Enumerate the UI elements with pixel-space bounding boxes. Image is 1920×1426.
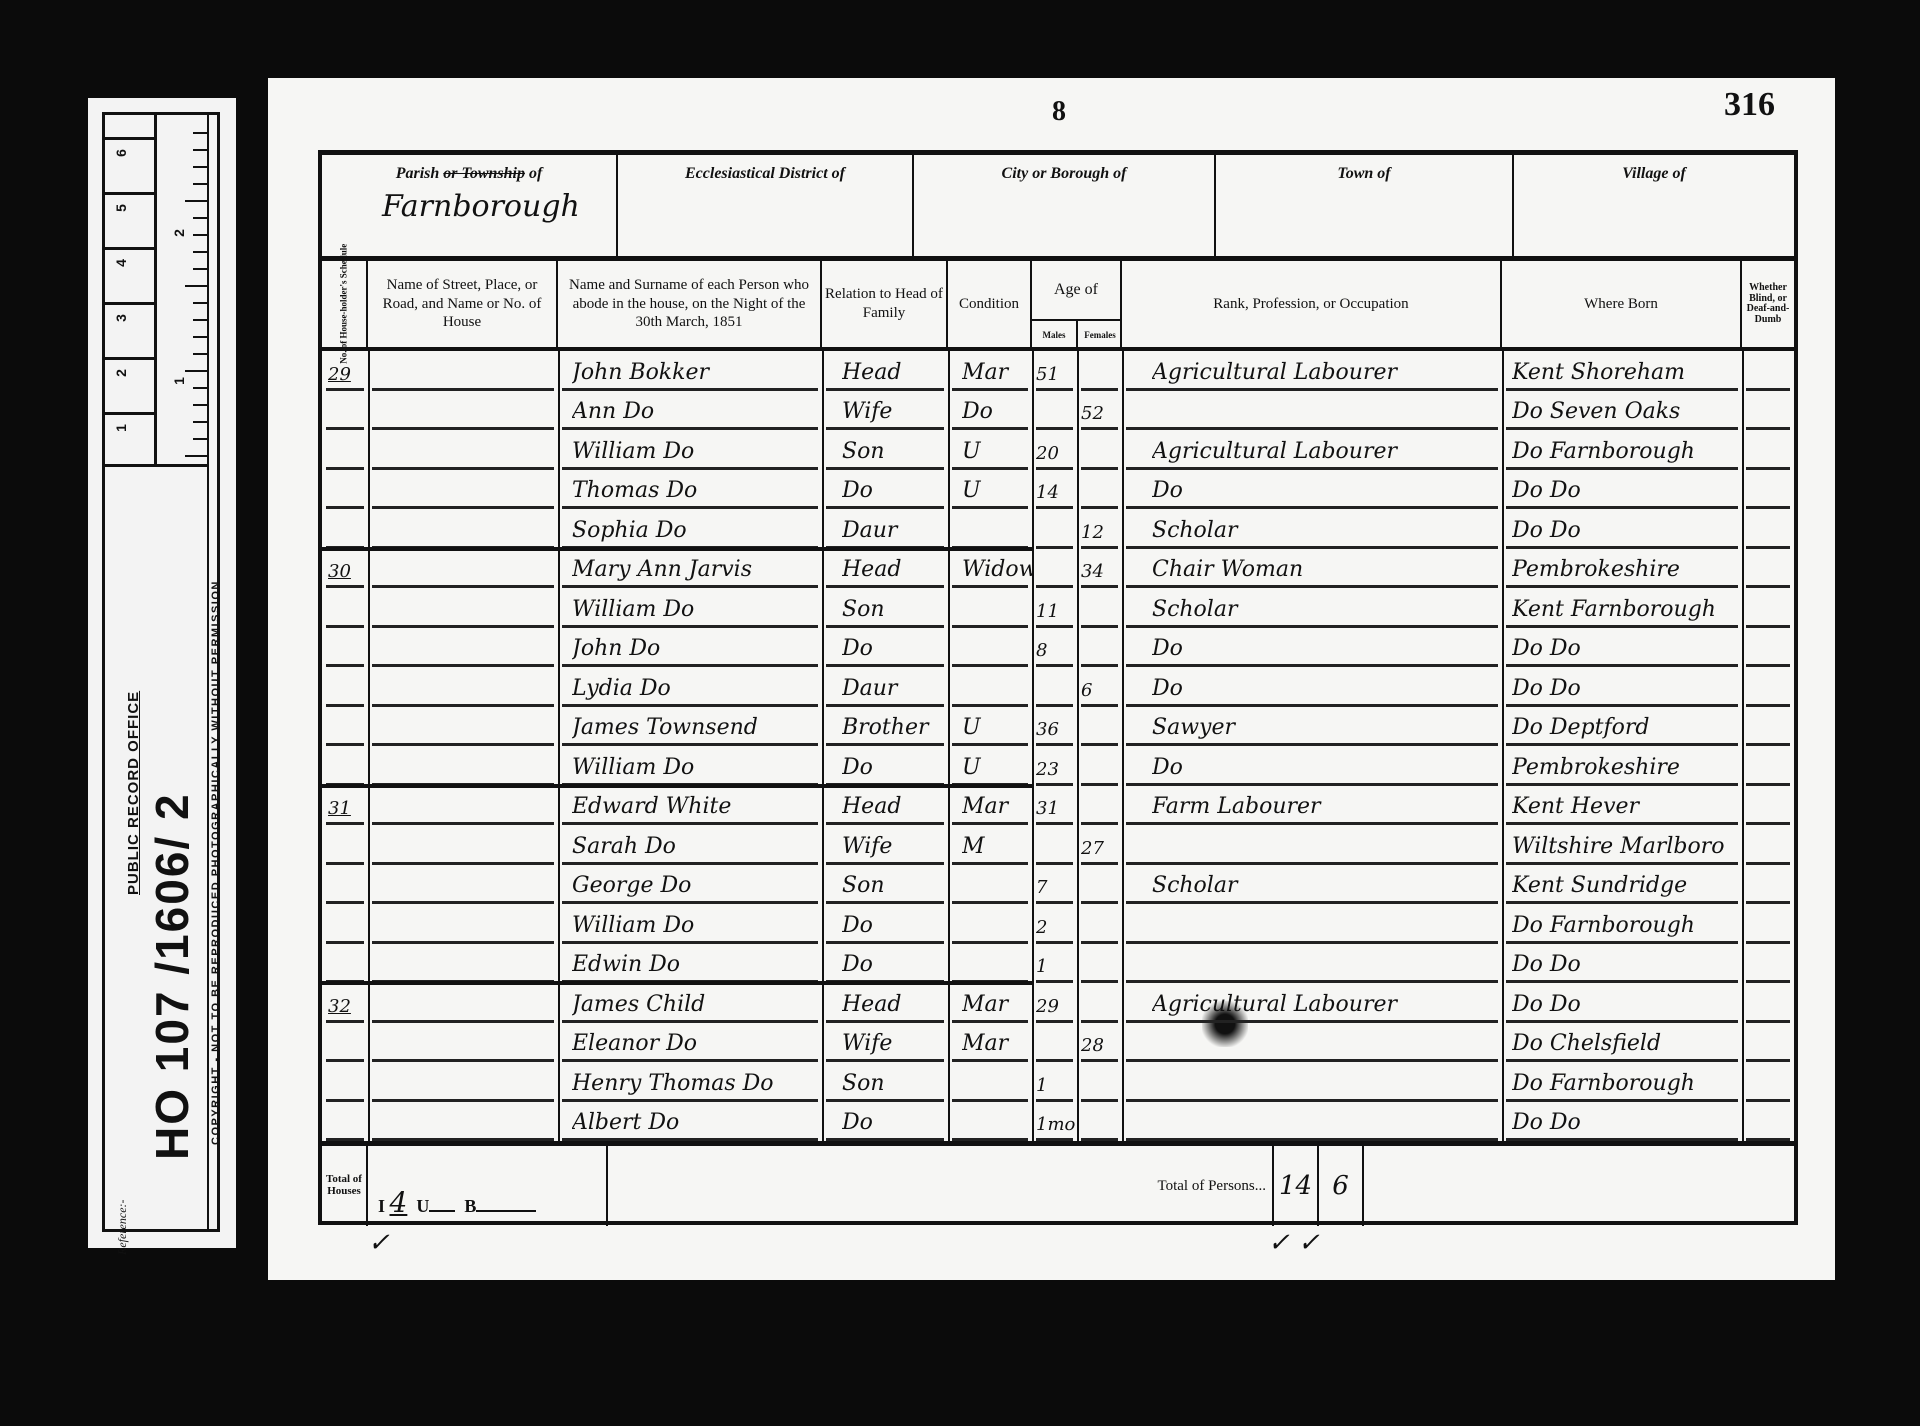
parish-of: of — [529, 165, 542, 182]
cell-born: Wiltshire Marlboro — [1512, 825, 1742, 865]
cell-condition: U — [962, 707, 1032, 747]
cell-male: 8 — [1036, 628, 1077, 668]
inhabited-prefix: I — [378, 1196, 385, 1216]
cell-relation: Do — [842, 470, 948, 510]
cell-male: 1 — [1036, 944, 1077, 984]
age-label: Age of — [1032, 261, 1120, 321]
scale-tick — [193, 438, 207, 440]
cell-schedule — [328, 588, 368, 628]
cell-female — [1081, 1102, 1122, 1142]
cell-born: Kent Farnborough — [1512, 588, 1742, 628]
scale-tick — [193, 421, 207, 423]
table-row: William DoSonU20Agricultural LabourerDo … — [322, 430, 1794, 470]
scale-number: 2 — [113, 369, 129, 377]
town-label: Town of — [1216, 165, 1512, 183]
scale-number: 5 — [113, 204, 129, 212]
cell-name: James Child — [572, 983, 822, 1023]
cell-relation: Son — [842, 588, 948, 628]
cell-schedule — [328, 944, 368, 984]
table-row: John DoDo8DoDo Do — [322, 628, 1794, 668]
col-males: Males — [1032, 319, 1078, 351]
cell-male: 51 — [1036, 351, 1077, 391]
cell-schedule: 29 — [328, 351, 368, 391]
cell-female — [1081, 430, 1122, 470]
cell-male: 7 — [1036, 865, 1077, 905]
cell-condition — [962, 865, 1032, 905]
cell-born: Do Do — [1512, 944, 1742, 984]
cell-male — [1036, 549, 1077, 589]
cell-relation: Brother — [842, 707, 948, 747]
cell-relation: Do — [842, 944, 948, 984]
cell-relation: Son — [842, 865, 948, 905]
census-form: Parish or Township of Farnborough Eccles… — [318, 150, 1798, 1225]
cell-female — [1081, 944, 1122, 984]
parish-cell: Parish or Township of Farnborough — [322, 155, 618, 256]
cell-born: Do Farnborough — [1512, 904, 1742, 944]
location-header: Parish or Township of Farnborough Eccles… — [322, 155, 1794, 261]
cell-occupation — [1152, 391, 1502, 431]
cell-condition — [962, 588, 1032, 628]
cell-male: 36 — [1036, 707, 1077, 747]
table-row: William DoDo2Do Farnborough — [322, 904, 1794, 944]
cell-name: Albert Do — [572, 1102, 822, 1142]
cell-female — [1081, 470, 1122, 510]
cell-schedule — [328, 1023, 368, 1063]
parish-label: Parish — [396, 165, 440, 182]
cell-male: 20 — [1036, 430, 1077, 470]
scale-number: 1 — [113, 424, 129, 432]
scale-division — [105, 412, 154, 415]
reference-code: HO 107 /1606/ 2 — [145, 792, 199, 1160]
cell-male: 23 — [1036, 746, 1077, 786]
cell-male — [1036, 1023, 1077, 1063]
uninhabited-prefix: U — [416, 1196, 429, 1216]
cell-name: John Do — [572, 628, 822, 668]
cell-name: Edwin Do — [572, 944, 822, 984]
cell-born: Do Do — [1512, 667, 1742, 707]
cell-condition — [962, 1102, 1032, 1142]
table-row: 31Edward WhiteHeadMar31Farm LabourerKent… — [322, 786, 1794, 826]
table-row: William DoDoU23DoPembrokeshire — [322, 746, 1794, 786]
cell-schedule — [328, 628, 368, 668]
cell-occupation: Chair Woman — [1152, 549, 1502, 589]
centimetre-scale: 123456 — [105, 115, 157, 467]
cell-name: John Bokker — [572, 351, 822, 391]
cell-relation: Daur — [842, 509, 948, 549]
cell-female: 27 — [1081, 825, 1122, 865]
scale-tick — [193, 353, 207, 355]
village-cell: Village of — [1514, 155, 1794, 256]
cell-condition — [962, 944, 1032, 984]
table-row: Ann DoWifeDo52Do Seven Oaks — [322, 391, 1794, 431]
cell-schedule — [328, 470, 368, 510]
cell-schedule — [328, 1062, 368, 1102]
cell-schedule — [328, 904, 368, 944]
cell-female — [1081, 588, 1122, 628]
cell-occupation — [1152, 1102, 1502, 1142]
building-blank — [476, 1210, 536, 1212]
table-row: 30Mary Ann JarvisHeadWidow34Chair WomanP… — [322, 549, 1794, 589]
cell-name: William Do — [572, 904, 822, 944]
total-persons-label: Total of Persons... — [608, 1146, 1274, 1226]
cell-born: Do Deptford — [1512, 707, 1742, 747]
table-row: Sophia DoDaur12ScholarDo Do — [322, 509, 1794, 549]
cell-occupation: Agricultural Labourer — [1152, 983, 1502, 1023]
scale-tick — [193, 387, 207, 389]
scale-tick — [193, 268, 207, 270]
cell-born: Do Seven Oaks — [1512, 391, 1742, 431]
cell-female — [1081, 1062, 1122, 1102]
cell-relation: Do — [842, 904, 948, 944]
cell-relation: Head — [842, 549, 948, 589]
cell-relation: Head — [842, 786, 948, 826]
cell-born: Kent Shoreham — [1512, 351, 1742, 391]
township-struck: or Township — [443, 165, 525, 182]
cell-born: Do Do — [1512, 983, 1742, 1023]
cell-condition: Mar — [962, 983, 1032, 1023]
cell-name: William Do — [572, 430, 822, 470]
col-blind: Whether Blind, or Deaf-and-Dumb — [1742, 261, 1794, 347]
scale-number: 4 — [113, 259, 129, 267]
table-row: 29John BokkerHeadMar51Agricultural Labou… — [322, 351, 1794, 391]
col-schedule: No. of House-holder's Schedule — [322, 261, 368, 347]
parish-value: Farnborough — [382, 189, 616, 224]
cell-occupation: Scholar — [1152, 865, 1502, 905]
cell-occupation: Agricultural Labourer — [1152, 351, 1502, 391]
cell-name: Ann Do — [572, 391, 822, 431]
inch-scale: 12 — [157, 115, 207, 467]
check-mark: ✓ ✓ — [1268, 1228, 1320, 1258]
cell-name: James Townsend — [572, 707, 822, 747]
cell-male: 31 — [1036, 786, 1077, 826]
cell-occupation: Do — [1152, 667, 1502, 707]
total-houses-label: Total of Houses — [322, 1146, 368, 1226]
cell-name: William Do — [572, 588, 822, 628]
cell-name: George Do — [572, 865, 822, 905]
cell-female — [1081, 746, 1122, 786]
cell-name: Henry Thomas Do — [572, 1062, 822, 1102]
check-mark: ✓ — [368, 1228, 390, 1258]
cell-male — [1036, 825, 1077, 865]
scale-tick — [193, 251, 207, 253]
cell-condition: Mar — [962, 1023, 1032, 1063]
cell-name: Sarah Do — [572, 825, 822, 865]
cell-female: 34 — [1081, 549, 1122, 589]
scale-tick — [185, 370, 207, 372]
cell-born: Pembrokeshire — [1512, 746, 1742, 786]
total-houses-values: I 4 U B — [368, 1146, 608, 1226]
record-office-label: PUBLIC RECORD OFFICE — [125, 691, 142, 895]
cell-born: Do Do — [1512, 470, 1742, 510]
cell-born: Kent Hever — [1512, 786, 1742, 826]
uninhabited-blank — [429, 1210, 455, 1212]
table-row: Lydia DoDaur6DoDo Do — [322, 667, 1794, 707]
copyright-notice: COPYRIGHT - NOT TO BE REPRODUCED PHOTOGR… — [210, 580, 222, 1145]
city-cell: City or Borough of — [914, 155, 1216, 256]
cell-schedule — [328, 391, 368, 431]
cell-female: 52 — [1081, 391, 1122, 431]
cell-condition: Mar — [962, 351, 1032, 391]
cell-male: 29 — [1036, 983, 1077, 1023]
cell-condition: U — [962, 746, 1032, 786]
cell-schedule: 30 — [328, 549, 368, 589]
reference-strip-frame: 123456 12 PUBLIC RECORD OFFICE HO 107 /1… — [102, 112, 220, 1232]
col-name: Name and Surname of each Person who abod… — [558, 261, 822, 347]
census-entries: 29John BokkerHeadMar51Agricultural Labou… — [322, 351, 1794, 1141]
cell-female — [1081, 865, 1122, 905]
cell-name: Sophia Do — [572, 509, 822, 549]
cell-occupation: Sawyer — [1152, 707, 1502, 747]
cell-schedule — [328, 865, 368, 905]
cell-relation: Head — [842, 983, 948, 1023]
col-age: Age of Males Females — [1032, 261, 1122, 347]
cell-born: Do Do — [1512, 628, 1742, 668]
cell-male: 1 — [1036, 1062, 1077, 1102]
cell-born: Do Farnborough — [1512, 1062, 1742, 1102]
scale-tick — [193, 336, 207, 338]
cell-occupation — [1152, 944, 1502, 984]
cell-condition: U — [962, 470, 1032, 510]
cell-female — [1081, 351, 1122, 391]
table-row: William DoSon11ScholarKent Farnborough — [322, 588, 1794, 628]
scale-number: 3 — [113, 314, 129, 322]
scale-tick — [193, 234, 207, 236]
col-street: Name of Street, Place, or Road, and Name… — [368, 261, 558, 347]
cell-relation: Head — [842, 351, 948, 391]
cell-condition — [962, 509, 1032, 549]
column-headers: No. of House-holder's Schedule Name of S… — [322, 261, 1794, 351]
cell-condition: Widow — [962, 549, 1032, 589]
cell-born: Do Farnborough — [1512, 430, 1742, 470]
cell-female — [1081, 786, 1122, 826]
cell-occupation: Do — [1152, 746, 1502, 786]
cell-condition: Do — [962, 391, 1032, 431]
cell-male: 1mo — [1036, 1102, 1077, 1142]
col-where-born: Where Born — [1502, 261, 1742, 347]
cell-condition: Mar — [962, 786, 1032, 826]
cell-male: 11 — [1036, 588, 1077, 628]
table-row: Eleanor DoWifeMar28Do Chelsfield — [322, 1023, 1794, 1063]
scale-division — [105, 357, 154, 360]
cell-occupation: Do — [1152, 470, 1502, 510]
table-row: Sarah DoWifeM27Wiltshire Marlboro — [322, 825, 1794, 865]
reference-label: Reference:- — [115, 1199, 130, 1255]
cell-relation: Do — [842, 746, 948, 786]
totals-row: Total of Houses I 4 U B Total of Persons… — [322, 1141, 1794, 1226]
cell-name: Eleanor Do — [572, 1023, 822, 1063]
cell-born: Do Do — [1512, 1102, 1742, 1142]
scale-tick — [193, 319, 207, 321]
scale-division — [105, 247, 154, 250]
scale-number: 6 — [113, 149, 129, 157]
household-divider — [322, 981, 1032, 985]
cell-schedule — [328, 746, 368, 786]
cell-occupation: Agricultural Labourer — [1152, 430, 1502, 470]
col-occupation: Rank, Profession, or Occupation — [1122, 261, 1502, 347]
scale-tick — [193, 132, 207, 134]
table-row: Henry Thomas DoSon1Do Farnborough — [322, 1062, 1794, 1102]
cell-female: 12 — [1081, 509, 1122, 549]
cell-schedule — [328, 707, 368, 747]
cell-male — [1036, 667, 1077, 707]
cell-schedule — [328, 667, 368, 707]
cell-schedule: 32 — [328, 983, 368, 1023]
table-row: James TownsendBrotherU36SawyerDo Deptfor… — [322, 707, 1794, 747]
scale-division — [105, 137, 154, 140]
cell-female: 28 — [1081, 1023, 1122, 1063]
cell-schedule — [328, 825, 368, 865]
cell-condition — [962, 667, 1032, 707]
scale-division — [105, 302, 154, 305]
cell-born: Kent Sundridge — [1512, 865, 1742, 905]
cell-female — [1081, 904, 1122, 944]
scale-tick — [193, 149, 207, 151]
cell-occupation: Scholar — [1152, 509, 1502, 549]
village-label: Village of — [1514, 165, 1794, 183]
cell-name: Thomas Do — [572, 470, 822, 510]
ecclesiastical-cell: Ecclesiastical District of — [618, 155, 914, 256]
table-row: Albert DoDo1moDo Do — [322, 1102, 1794, 1142]
cell-occupation — [1152, 904, 1502, 944]
cell-female: 6 — [1081, 667, 1122, 707]
cell-relation: Son — [842, 1062, 948, 1102]
ecclesiastical-label: Ecclesiastical District of — [618, 165, 912, 183]
table-row: 32James ChildHeadMar29Agricultural Labou… — [322, 983, 1794, 1023]
household-divider — [322, 784, 1032, 788]
reference-strip: 123456 12 PUBLIC RECORD OFFICE HO 107 /1… — [88, 98, 236, 1248]
household-divider — [322, 547, 1032, 551]
folio-number: 316 — [1724, 86, 1775, 124]
cell-occupation — [1152, 1023, 1502, 1063]
table-row: Edwin DoDo1Do Do — [322, 944, 1794, 984]
cell-relation: Son — [842, 430, 948, 470]
inhabited-value: 4 — [390, 1186, 408, 1219]
scale-tick — [193, 217, 207, 219]
scale-division — [105, 192, 154, 195]
cell-relation: Wife — [842, 1023, 948, 1063]
cell-condition — [962, 1062, 1032, 1102]
cell-schedule: 31 — [328, 786, 368, 826]
cell-schedule — [328, 430, 368, 470]
cell-male: 2 — [1036, 904, 1077, 944]
scale-tick — [193, 183, 207, 185]
cell-name: Edward White — [572, 786, 822, 826]
cell-occupation — [1152, 1062, 1502, 1102]
strip-divider — [207, 115, 209, 1229]
scale-tick — [193, 302, 207, 304]
cell-relation: Do — [842, 1102, 948, 1142]
cell-name: William Do — [572, 746, 822, 786]
cell-relation: Wife — [842, 391, 948, 431]
cell-born: Pembrokeshire — [1512, 549, 1742, 589]
table-row: George DoSon7ScholarKent Sundridge — [322, 865, 1794, 905]
cell-relation: Daur — [842, 667, 948, 707]
cell-male — [1036, 509, 1077, 549]
col-females: Females — [1078, 319, 1122, 351]
total-females: 6 — [1319, 1146, 1364, 1226]
cell-condition — [962, 904, 1032, 944]
cell-relation: Do — [842, 628, 948, 668]
cell-condition — [962, 628, 1032, 668]
cell-born: Do Do — [1512, 509, 1742, 549]
city-label: City or Borough of — [914, 165, 1214, 183]
cell-name: Mary Ann Jarvis — [572, 549, 822, 589]
cell-female — [1081, 707, 1122, 747]
cell-born: Do Chelsfield — [1512, 1023, 1742, 1063]
cell-female — [1081, 628, 1122, 668]
scale-tick — [185, 285, 207, 287]
scale-tick — [193, 166, 207, 168]
scale-number: 2 — [171, 229, 187, 237]
scale-tick — [193, 404, 207, 406]
total-males: 14 — [1274, 1146, 1319, 1226]
cell-male: 14 — [1036, 470, 1077, 510]
cell-occupation: Farm Labourer — [1152, 786, 1502, 826]
cell-occupation: Scholar — [1152, 588, 1502, 628]
cell-condition: M — [962, 825, 1032, 865]
scale-number: 1 — [171, 377, 187, 385]
table-row: Thomas DoDoU14DoDo Do — [322, 470, 1794, 510]
cell-female — [1081, 983, 1122, 1023]
cell-name: Lydia Do — [572, 667, 822, 707]
cell-occupation — [1152, 825, 1502, 865]
col-condition: Condition — [948, 261, 1032, 347]
cell-male — [1036, 391, 1077, 431]
scale-tick — [185, 455, 207, 457]
census-page: 8 316 Parish or Township of Farnborough … — [268, 78, 1835, 1280]
building-prefix: B — [464, 1196, 476, 1216]
cell-condition: U — [962, 430, 1032, 470]
col-relation: Relation to Head of Family — [822, 261, 948, 347]
cell-schedule — [328, 1102, 368, 1142]
town-cell: Town of — [1216, 155, 1514, 256]
enumeration-page-number: 8 — [1052, 96, 1066, 128]
cell-schedule — [328, 509, 368, 549]
cell-relation: Wife — [842, 825, 948, 865]
cell-occupation: Do — [1152, 628, 1502, 668]
scale-tick — [185, 200, 207, 202]
